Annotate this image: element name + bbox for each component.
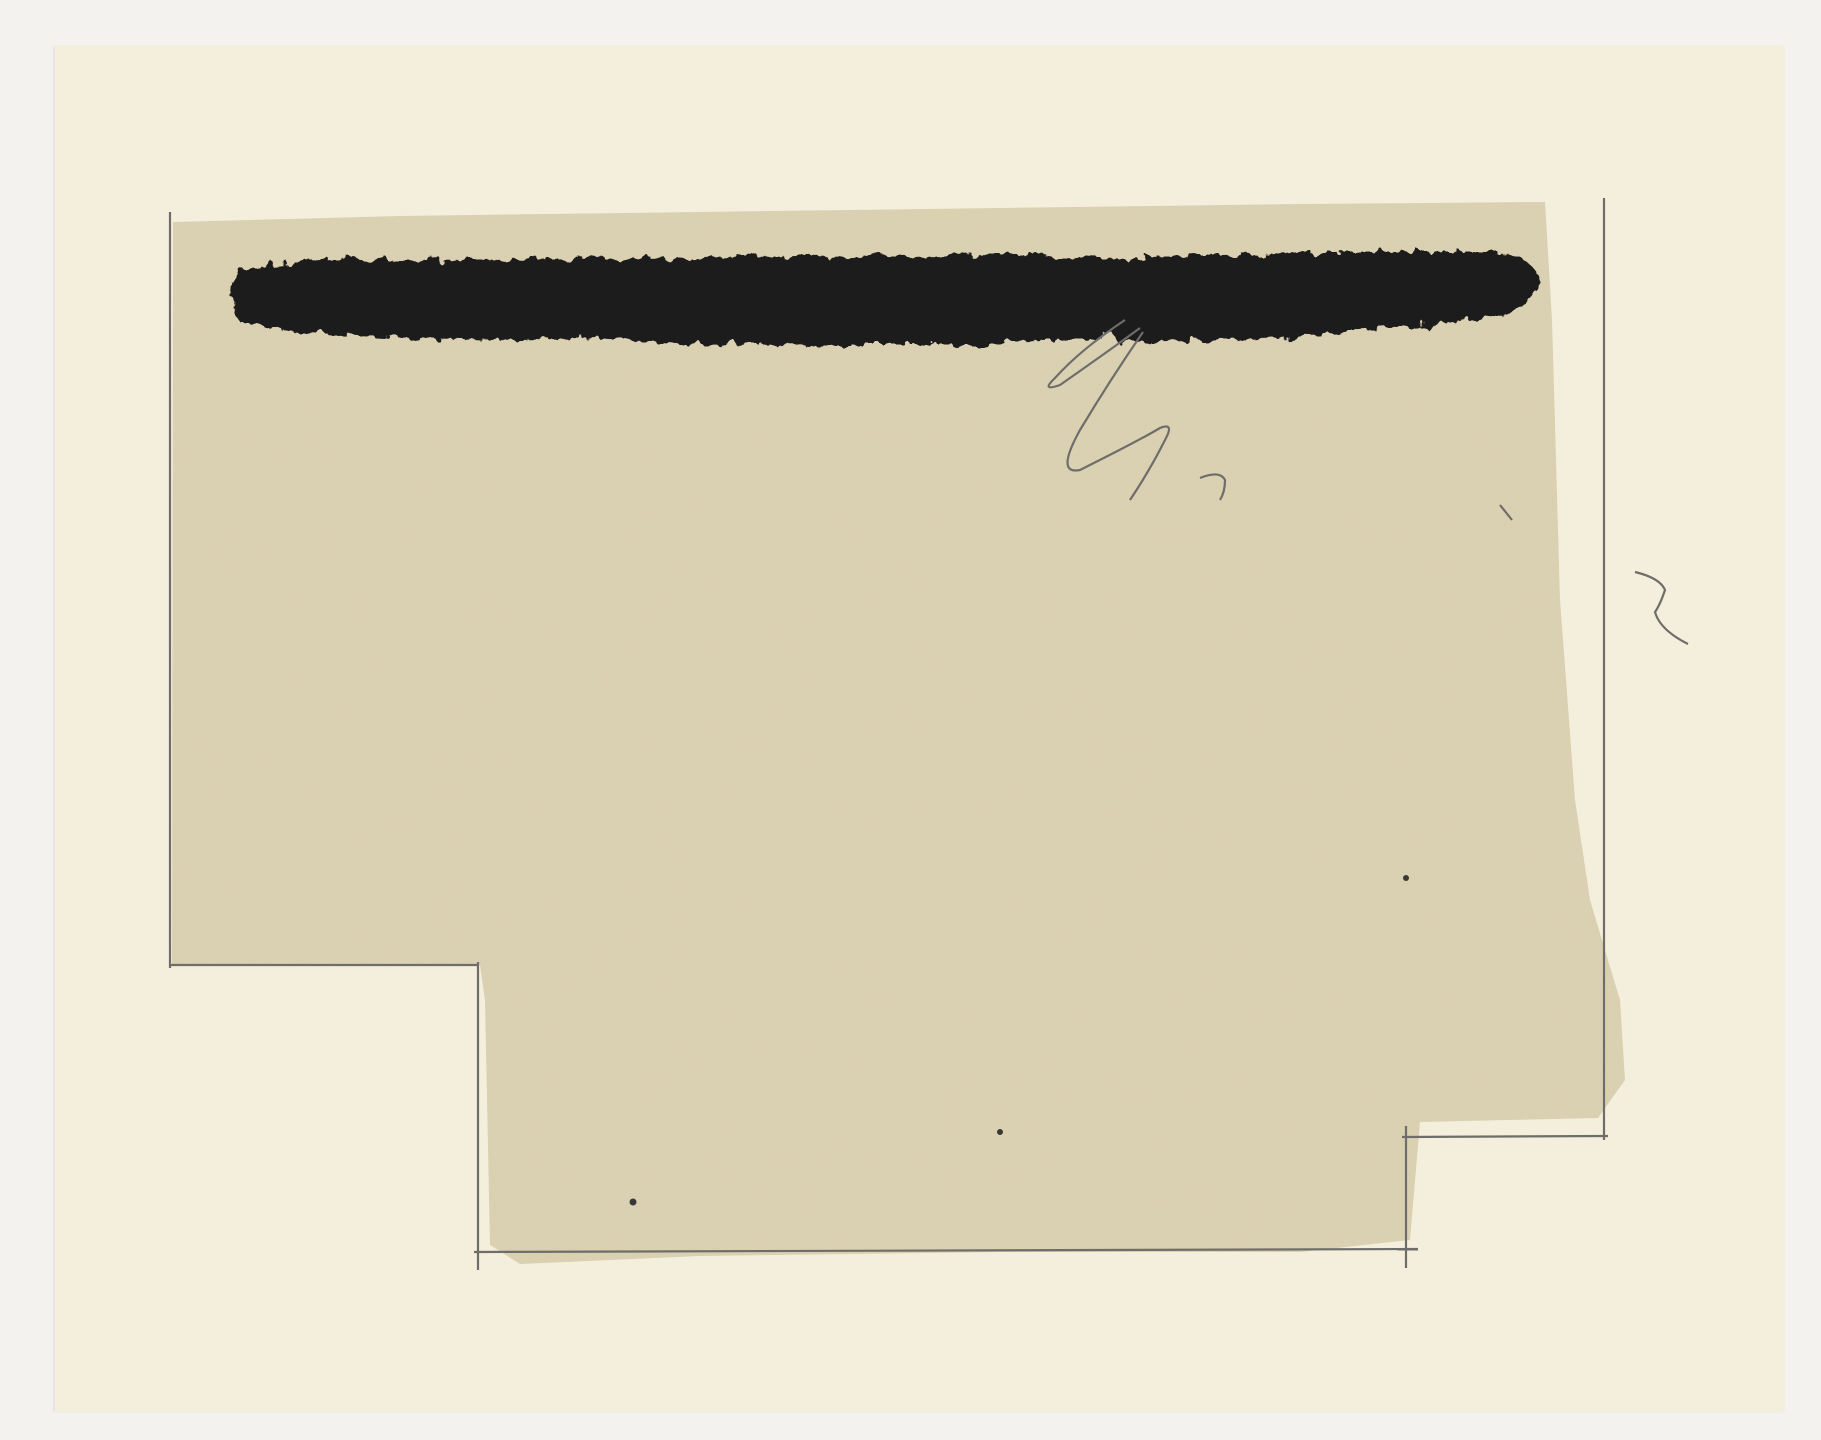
tan-field: [172, 202, 1625, 1264]
brush-stroke: [233, 252, 1539, 345]
artwork: [0, 0, 1821, 1440]
